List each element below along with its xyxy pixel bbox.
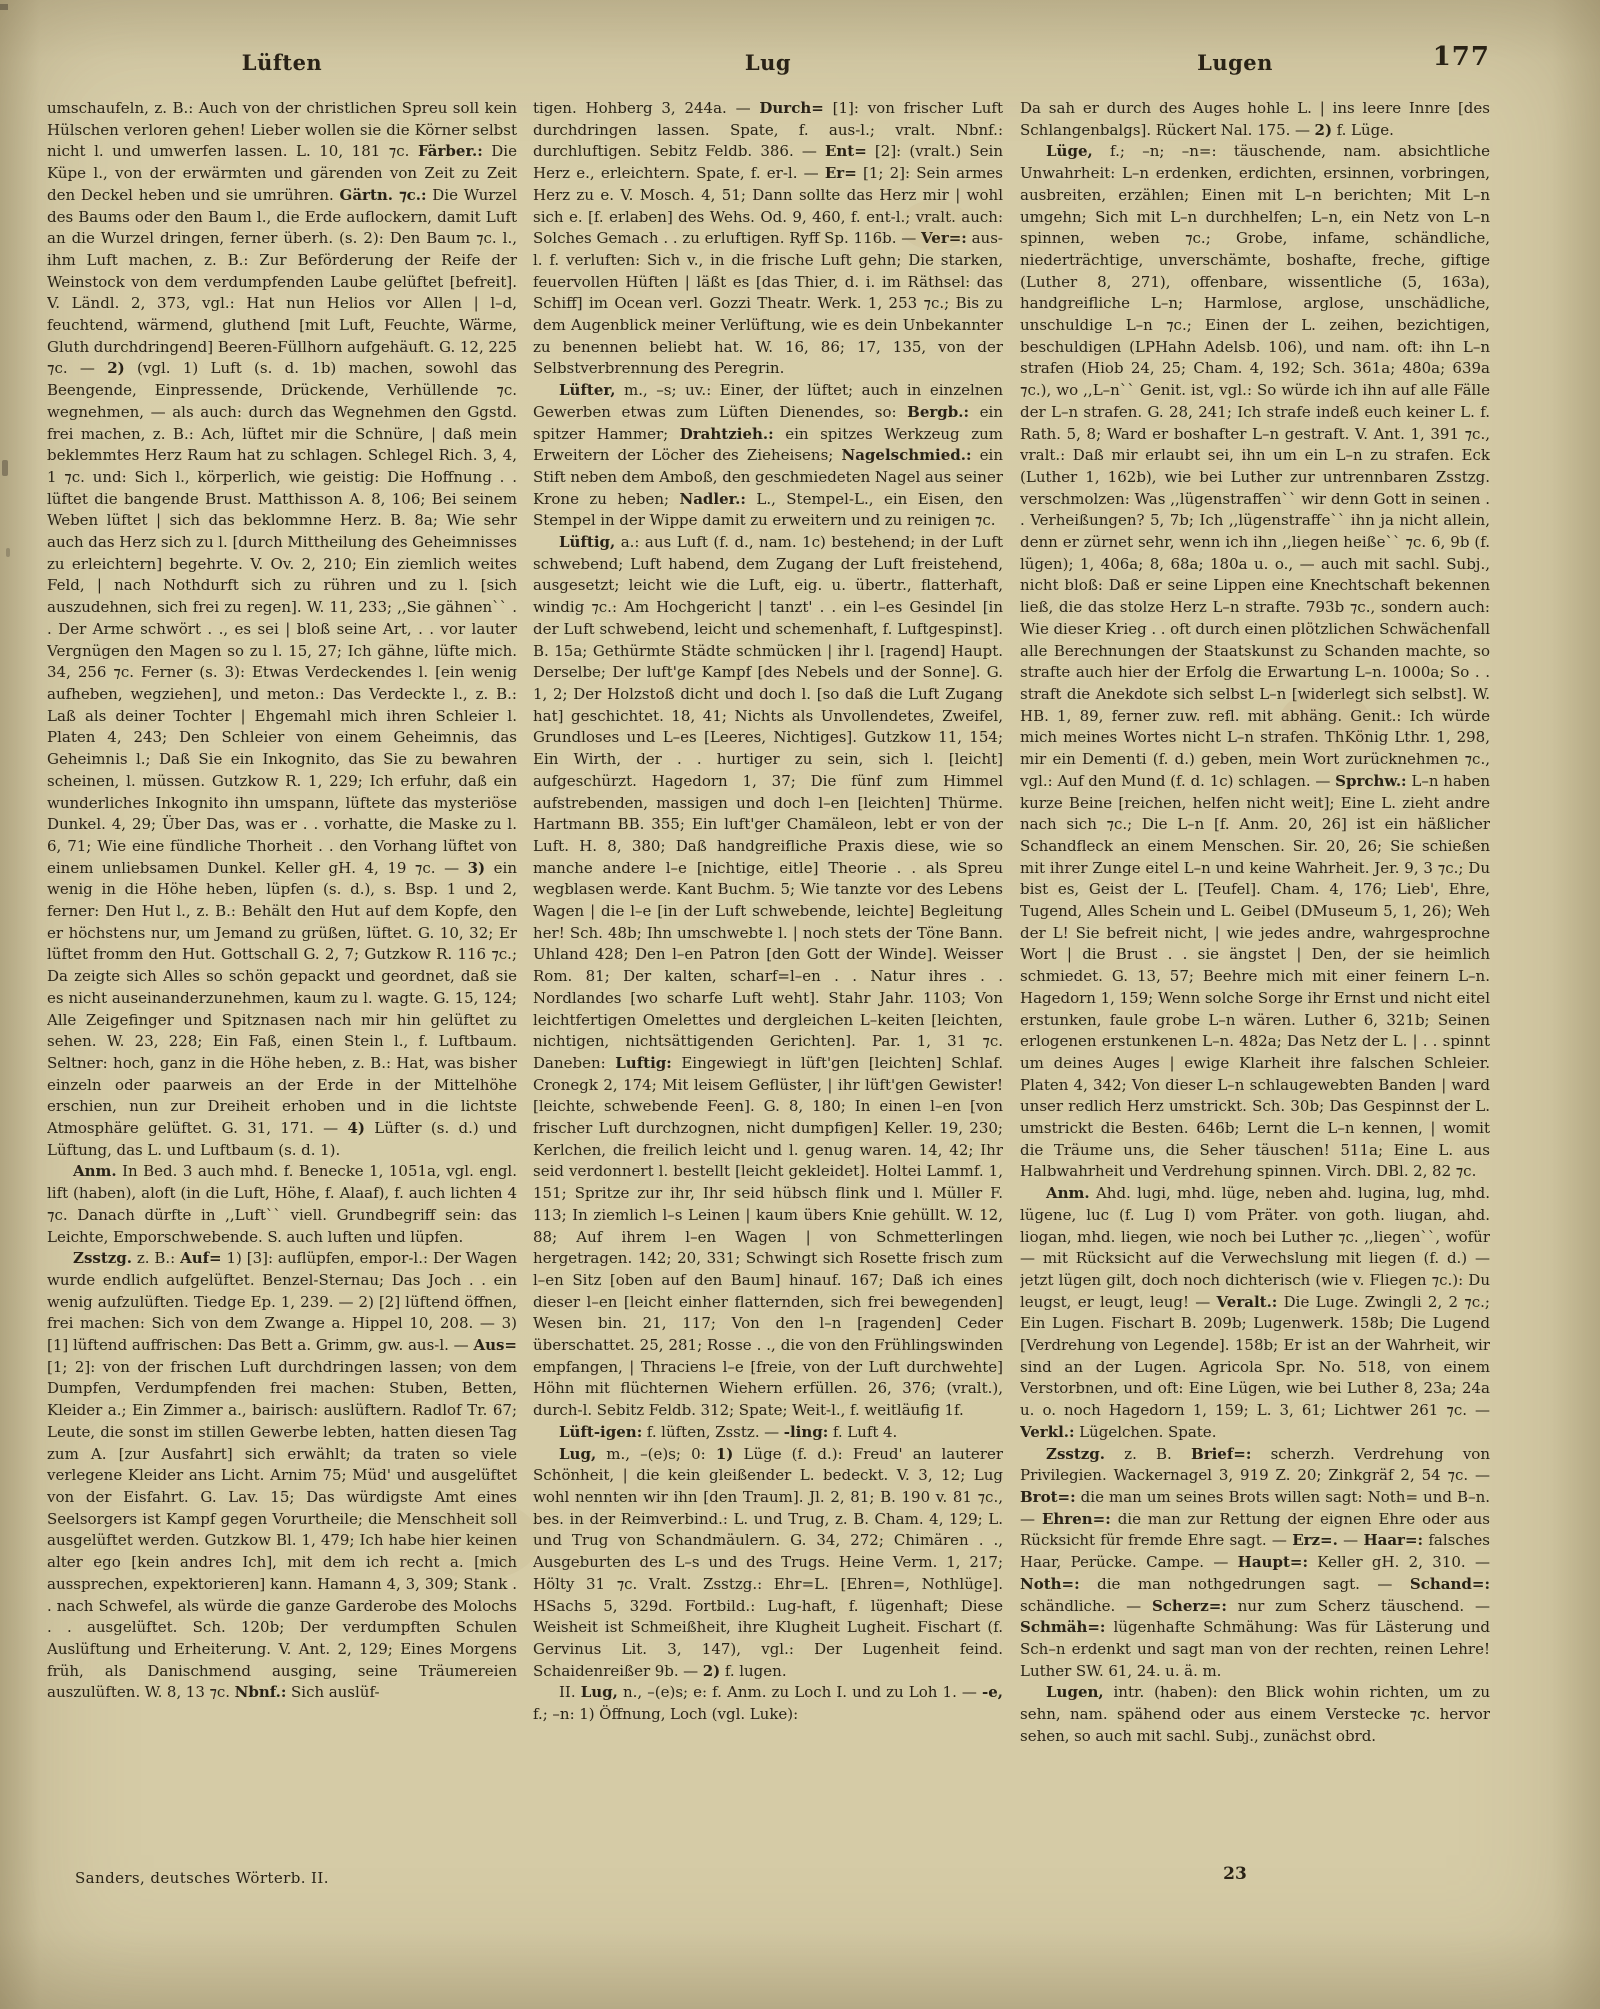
ink-speck-icon [6, 548, 10, 557]
zusammensetzungen-luege: Zsstzg. z. B. Brief=: scherzh. Verdrehun… [1020, 1444, 1490, 1683]
ink-speck-icon [2, 460, 8, 476]
text-column-3: Da sah er durch des Auges hohle L. | ins… [1020, 98, 1490, 1860]
entry-continuation-lug: Da sah er durch des Auges hohle L. | ins… [1020, 98, 1490, 141]
sheet-signature: 23 [1020, 1864, 1450, 1884]
entry-lueftig: Lüftig, a.: aus Luft (f. d., nam. 1c) be… [533, 532, 1003, 1422]
entry-lugen: Lugen, intr. (haben): den Blick wohin ri… [1020, 1682, 1490, 1747]
text-column-1: umschaufeln, z. B.: Auch von der christl… [47, 98, 517, 1860]
zusammensetzungen-lueften: Zsstzg. z. B.: Auf= 1) [3]: auflüpfen, e… [47, 1248, 517, 1704]
printer-signature: Sanders, deutsches Wörterb. II. [75, 1869, 575, 1887]
dictionary-page: Lüften Lug Lugen 177 umschaufeln, z. B.:… [0, 0, 1600, 2009]
page-number: 177 [1330, 42, 1490, 72]
anmerkung-lueften: Anm. In Bed. 3 auch mhd. f. Benecke 1, 1… [47, 1161, 517, 1248]
anmerkung-luege: Anm. Ahd. lugi, mhd. lüge, neben ahd. lu… [1020, 1183, 1490, 1443]
entry-lug-2: II. Lug, n., –(e)s; e: f. Anm. zu Loch I… [533, 1682, 1003, 1725]
ink-speck-icon [0, 4, 8, 10]
running-head-left: Lüften [47, 50, 517, 76]
text-column-2: tigen. Hohberg 3, 244a. — Durch= [1]: vo… [533, 98, 1003, 1860]
entry-continuation-lueften: umschaufeln, z. B.: Auch von der christl… [47, 98, 517, 1161]
entry-lug-1: Lug, m., –(e)s; 0: 1) Lüge (f. d.): Freu… [533, 1444, 1003, 1683]
entry-continuation-zsstzg: tigen. Hohberg 3, 244a. — Durch= [1]: vo… [533, 98, 1003, 380]
entry-lueftigen: Lüft-igen: f. lüften, Zsstz. — -ling: f.… [533, 1422, 1003, 1444]
entry-luefter: Lüfter, m., –s; uv.: Einer, der lüftet; … [533, 380, 1003, 532]
running-head-center: Lug [533, 50, 1003, 76]
entry-luege: Lüge, f.; –n; –n=: täuschende, nam. absi… [1020, 141, 1490, 1183]
